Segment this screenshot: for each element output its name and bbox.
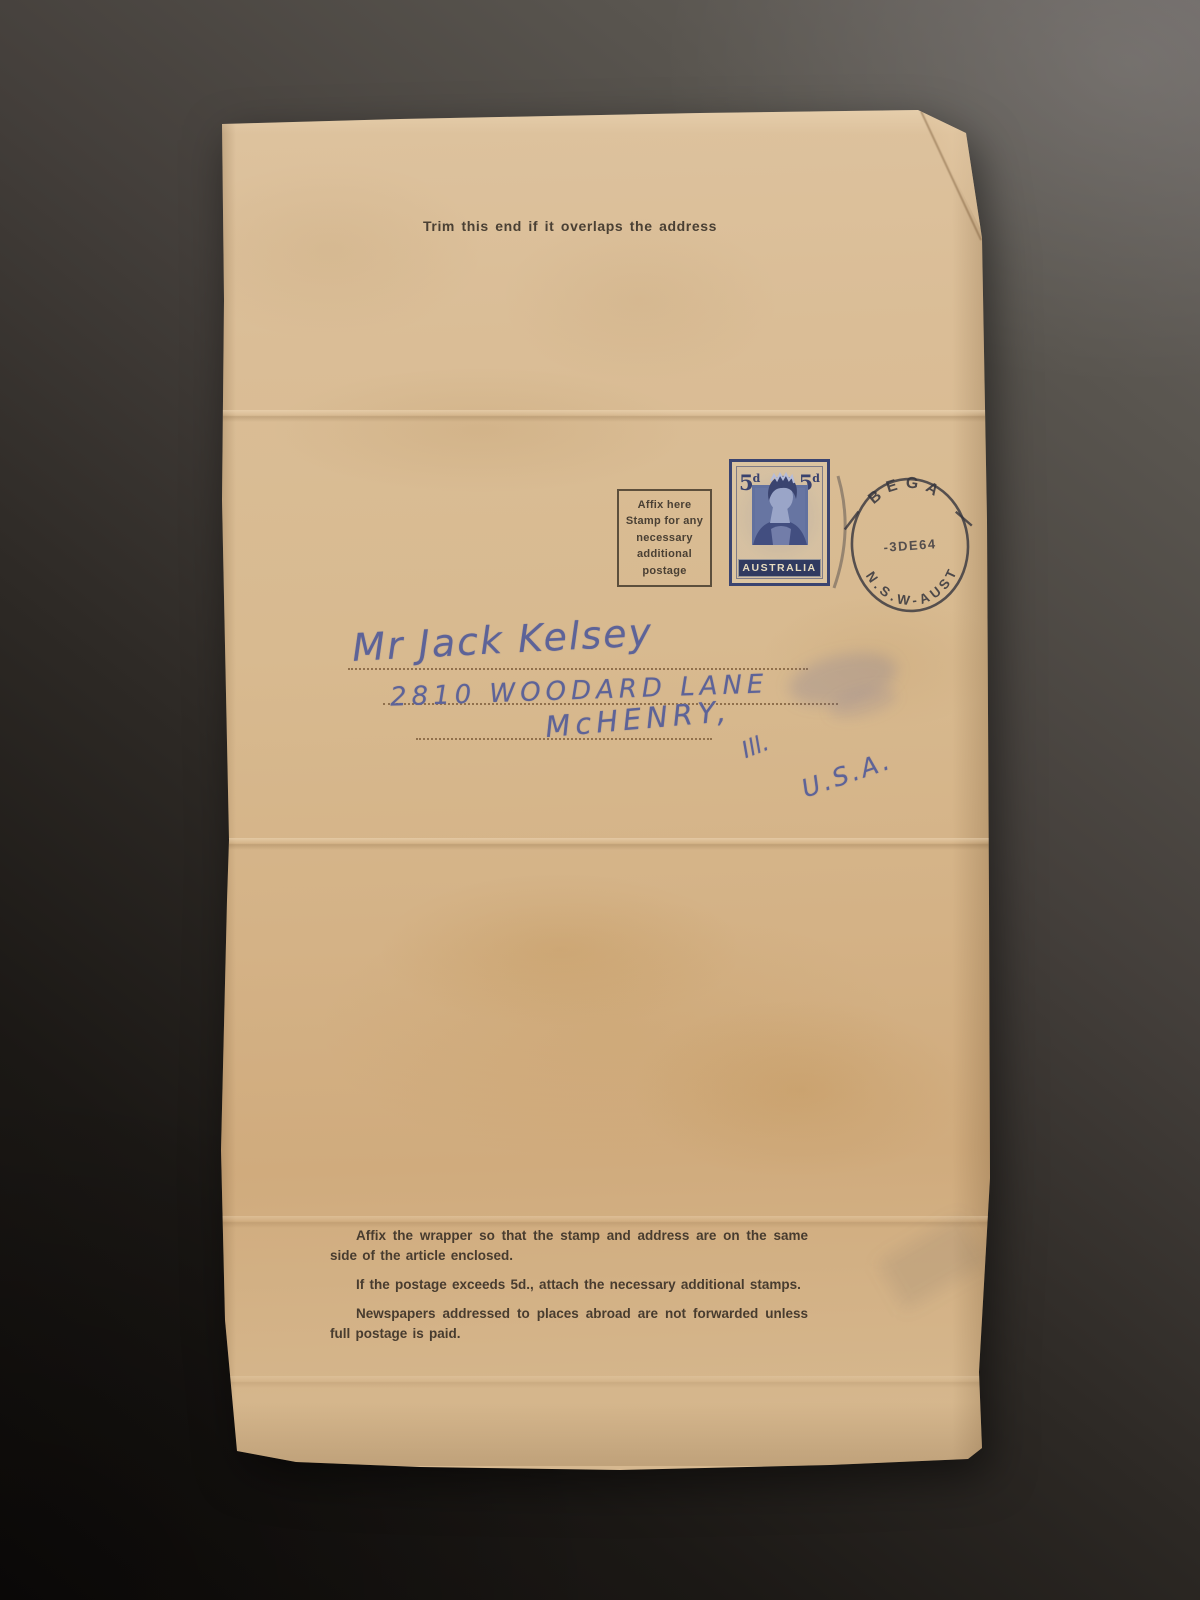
affix-box-line: postage <box>619 563 710 580</box>
fold-crease-upper <box>219 410 991 422</box>
affix-box-line: Affix here <box>619 497 710 514</box>
postal-instructions-block: Affix the wrapper so that the stamp and … <box>330 1226 808 1353</box>
paper-top-edge-highlight <box>222 108 985 134</box>
postmark-region-text: N.S.W-AUST <box>862 563 963 612</box>
second-postmark-strike-arc <box>822 474 858 590</box>
queen-elizabeth-portrait-icon <box>751 471 809 545</box>
instruction-paragraph: Newspapers addressed to places abroad ar… <box>330 1304 808 1344</box>
postmark-town-text: BEGA <box>864 471 948 508</box>
instruction-paragraph: Affix the wrapper so that the stamp and … <box>330 1226 808 1266</box>
handwritten-addressee-name: Mr Jack Kelsey <box>351 610 654 670</box>
newspaper-wrapper-paper: Trim this end if it overlaps the address… <box>0 0 1200 1600</box>
handwritten-country: U.S.A. <box>798 746 896 804</box>
trim-instruction-text: Trim this end if it overlaps the address <box>270 218 870 234</box>
fold-crease-middle <box>219 838 991 850</box>
postmark-date-text: -3DE64 <box>883 536 937 555</box>
photo-background: Trim this end if it overlaps the address… <box>0 0 1200 1600</box>
affix-box-line: necessary <box>619 530 710 547</box>
affix-box-line: Stamp for any <box>619 513 710 530</box>
handwritten-state: Ill. <box>738 730 772 764</box>
paper-bottom-edge-shading <box>222 1402 990 1466</box>
affix-stamp-box: Affix here Stamp for any necessary addit… <box>617 489 712 587</box>
imprinted-postage-stamp: 5d 5d AUSTRALIA <box>729 459 830 586</box>
stamp-country-banner: AUSTRALIA <box>738 559 821 577</box>
affix-box-line: additional <box>619 546 710 563</box>
fold-crease-bottom <box>219 1376 991 1388</box>
stamp-inner-frame: 5d 5d AUSTRALIA <box>736 466 823 579</box>
instruction-paragraph: If the postage exceeds 5d., attach the n… <box>330 1275 808 1295</box>
paper-shadow: Trim this end if it overlaps the address… <box>0 0 1200 1600</box>
paper-left-edge-shading <box>218 110 236 1470</box>
